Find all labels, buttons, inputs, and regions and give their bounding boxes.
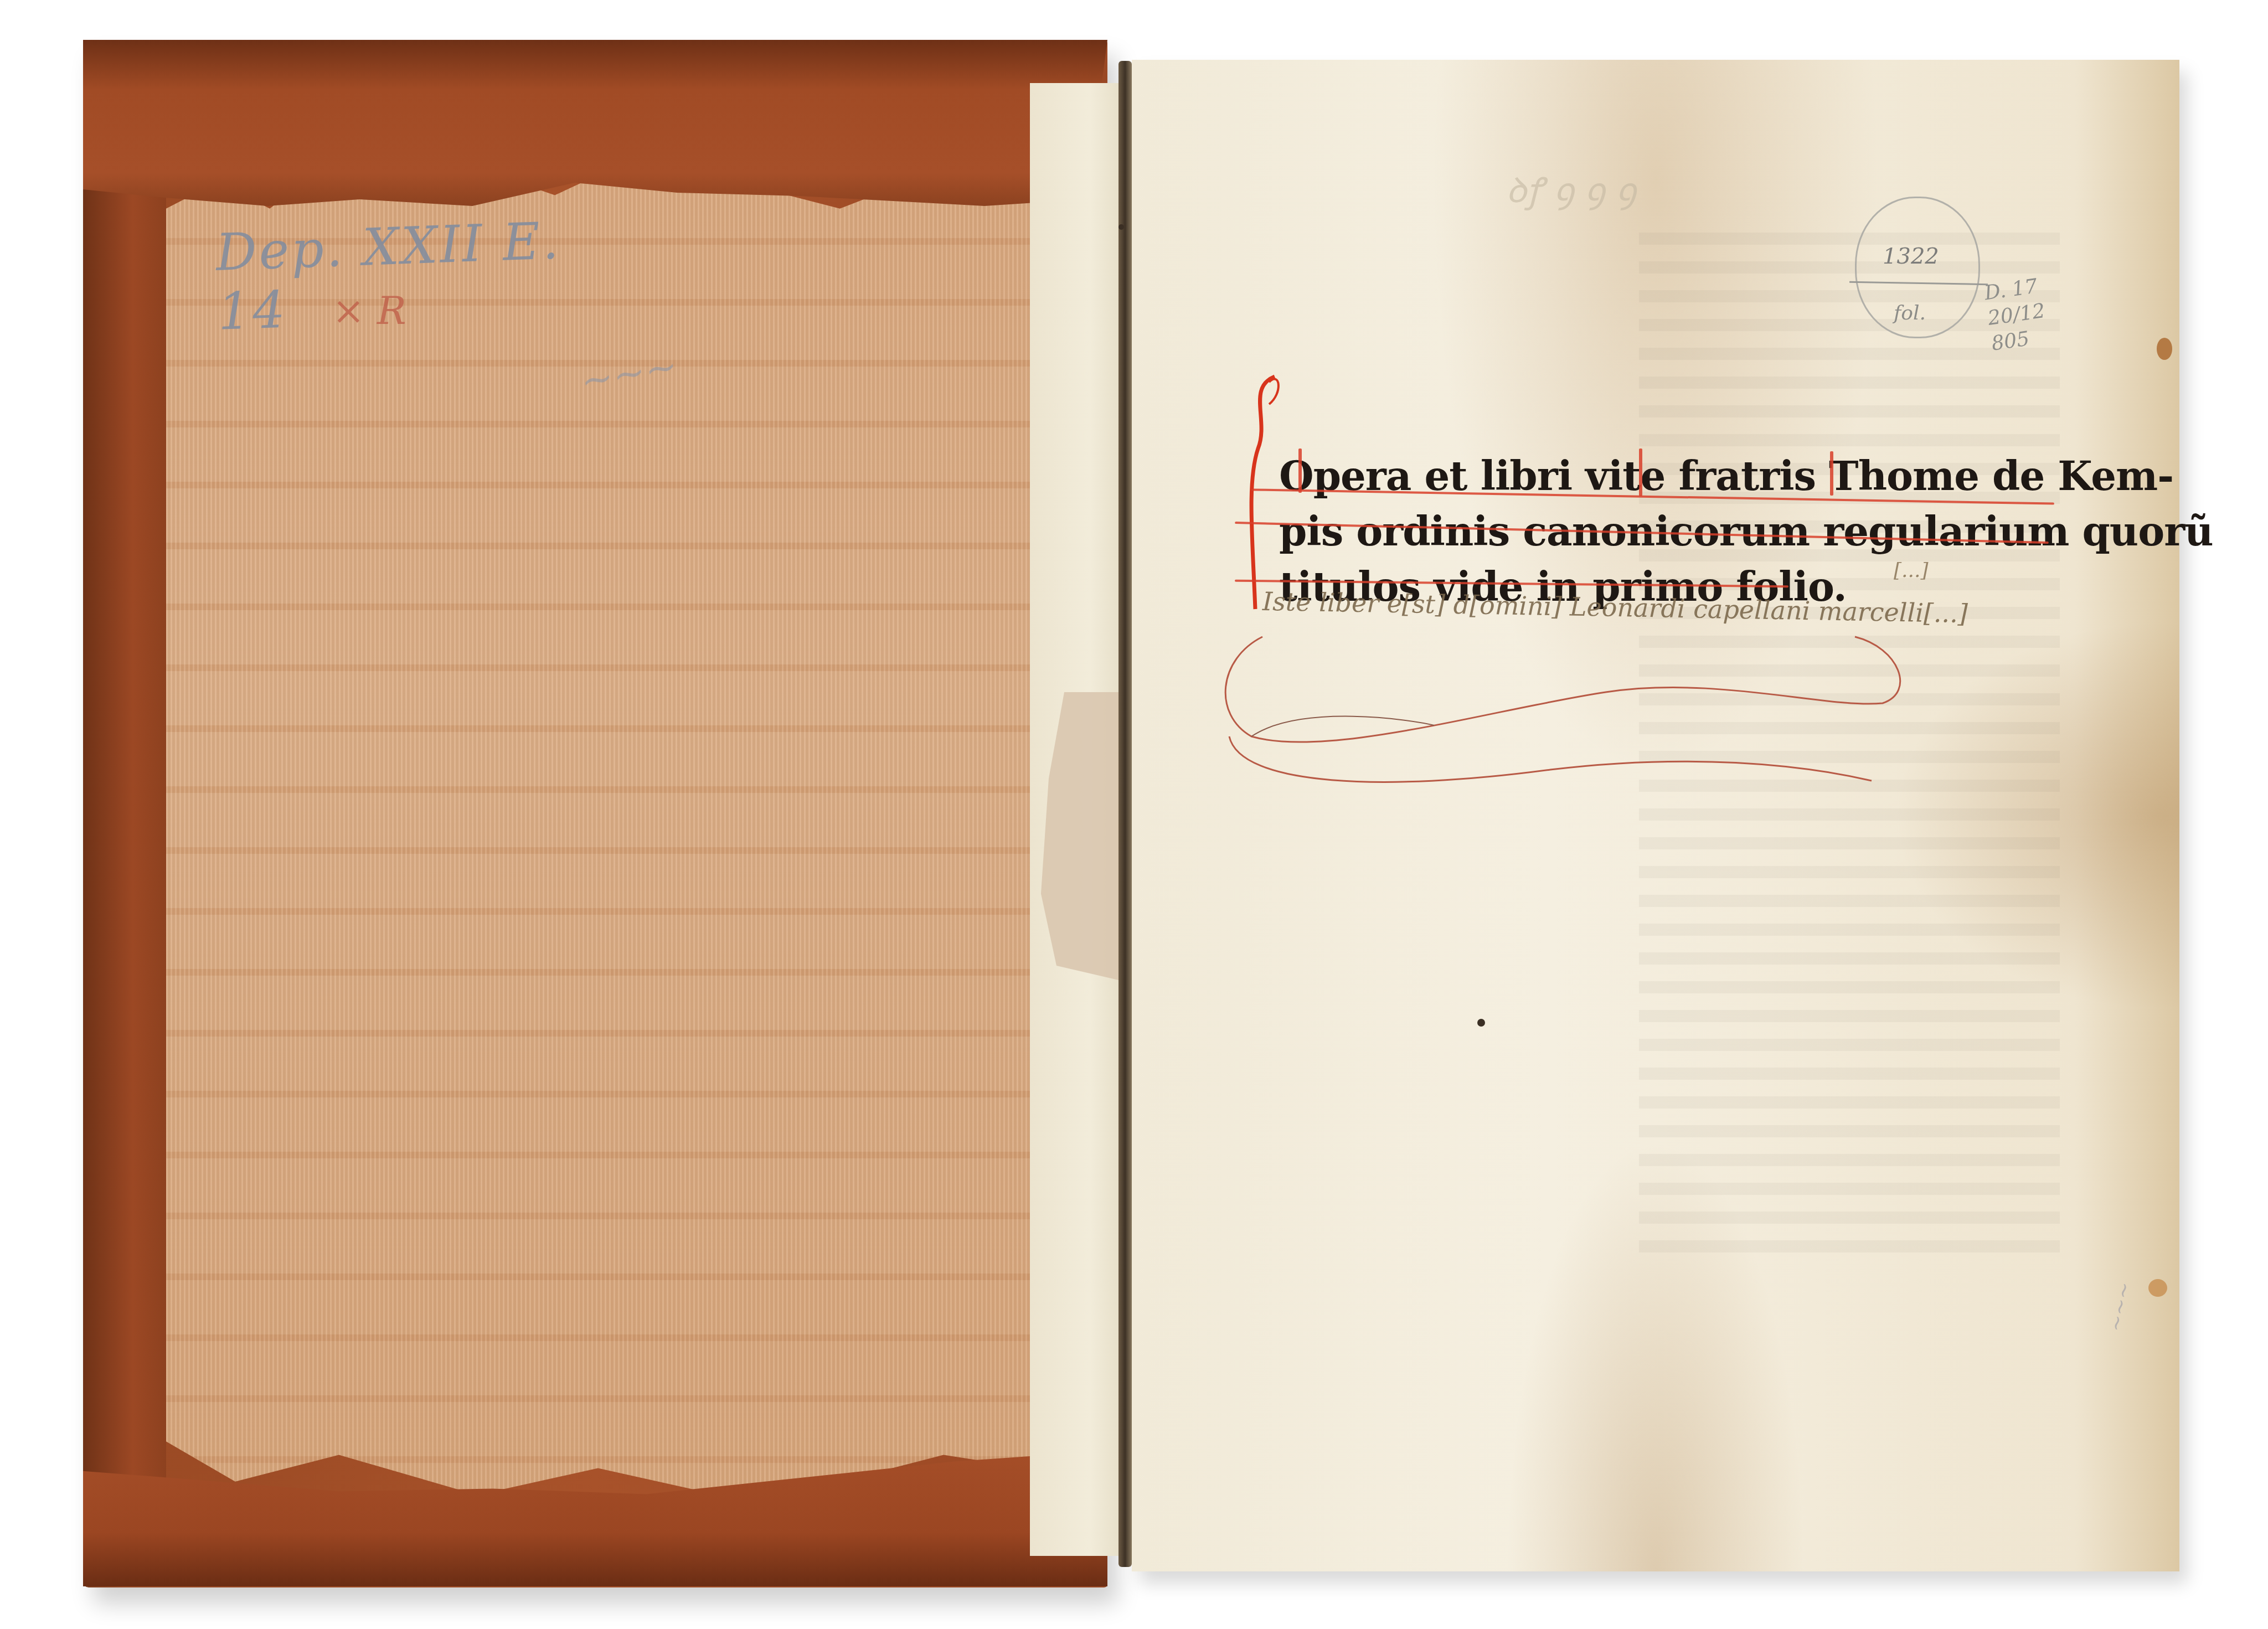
rubric-stroke-K — [1830, 451, 1833, 496]
circled-sub: fol. — [1894, 302, 1926, 324]
gutter — [1118, 61, 1132, 1567]
red-pen-flourish — [1218, 626, 1916, 803]
margin-stain-lower — [2148, 1279, 2167, 1297]
leather-turn-in-top — [83, 40, 1107, 206]
margin-stain-upper — [2157, 338, 2172, 360]
manuscript-addition: [...] — [1894, 559, 1928, 582]
rubric-bracket-flourish — [1236, 371, 1286, 615]
pencil-side-note: D. 17 20/12 805 — [1983, 273, 2050, 357]
ink-speck — [1118, 224, 1124, 230]
circled-number: 1322 — [1883, 244, 1939, 269]
ink-speck — [1477, 1019, 1485, 1027]
faint-header: ꝺꝭ ꝯ ꝯ ꝯ — [1506, 166, 1636, 213]
rubric-stroke-O — [1298, 449, 1302, 493]
rubric-stroke-T — [1639, 449, 1642, 496]
leather-turn-in-left — [83, 66, 166, 1561]
shelfmark-pencil: Dep. XXII E. 14 — [215, 209, 627, 295]
shelfmark-red-crayon: × R — [332, 288, 406, 333]
